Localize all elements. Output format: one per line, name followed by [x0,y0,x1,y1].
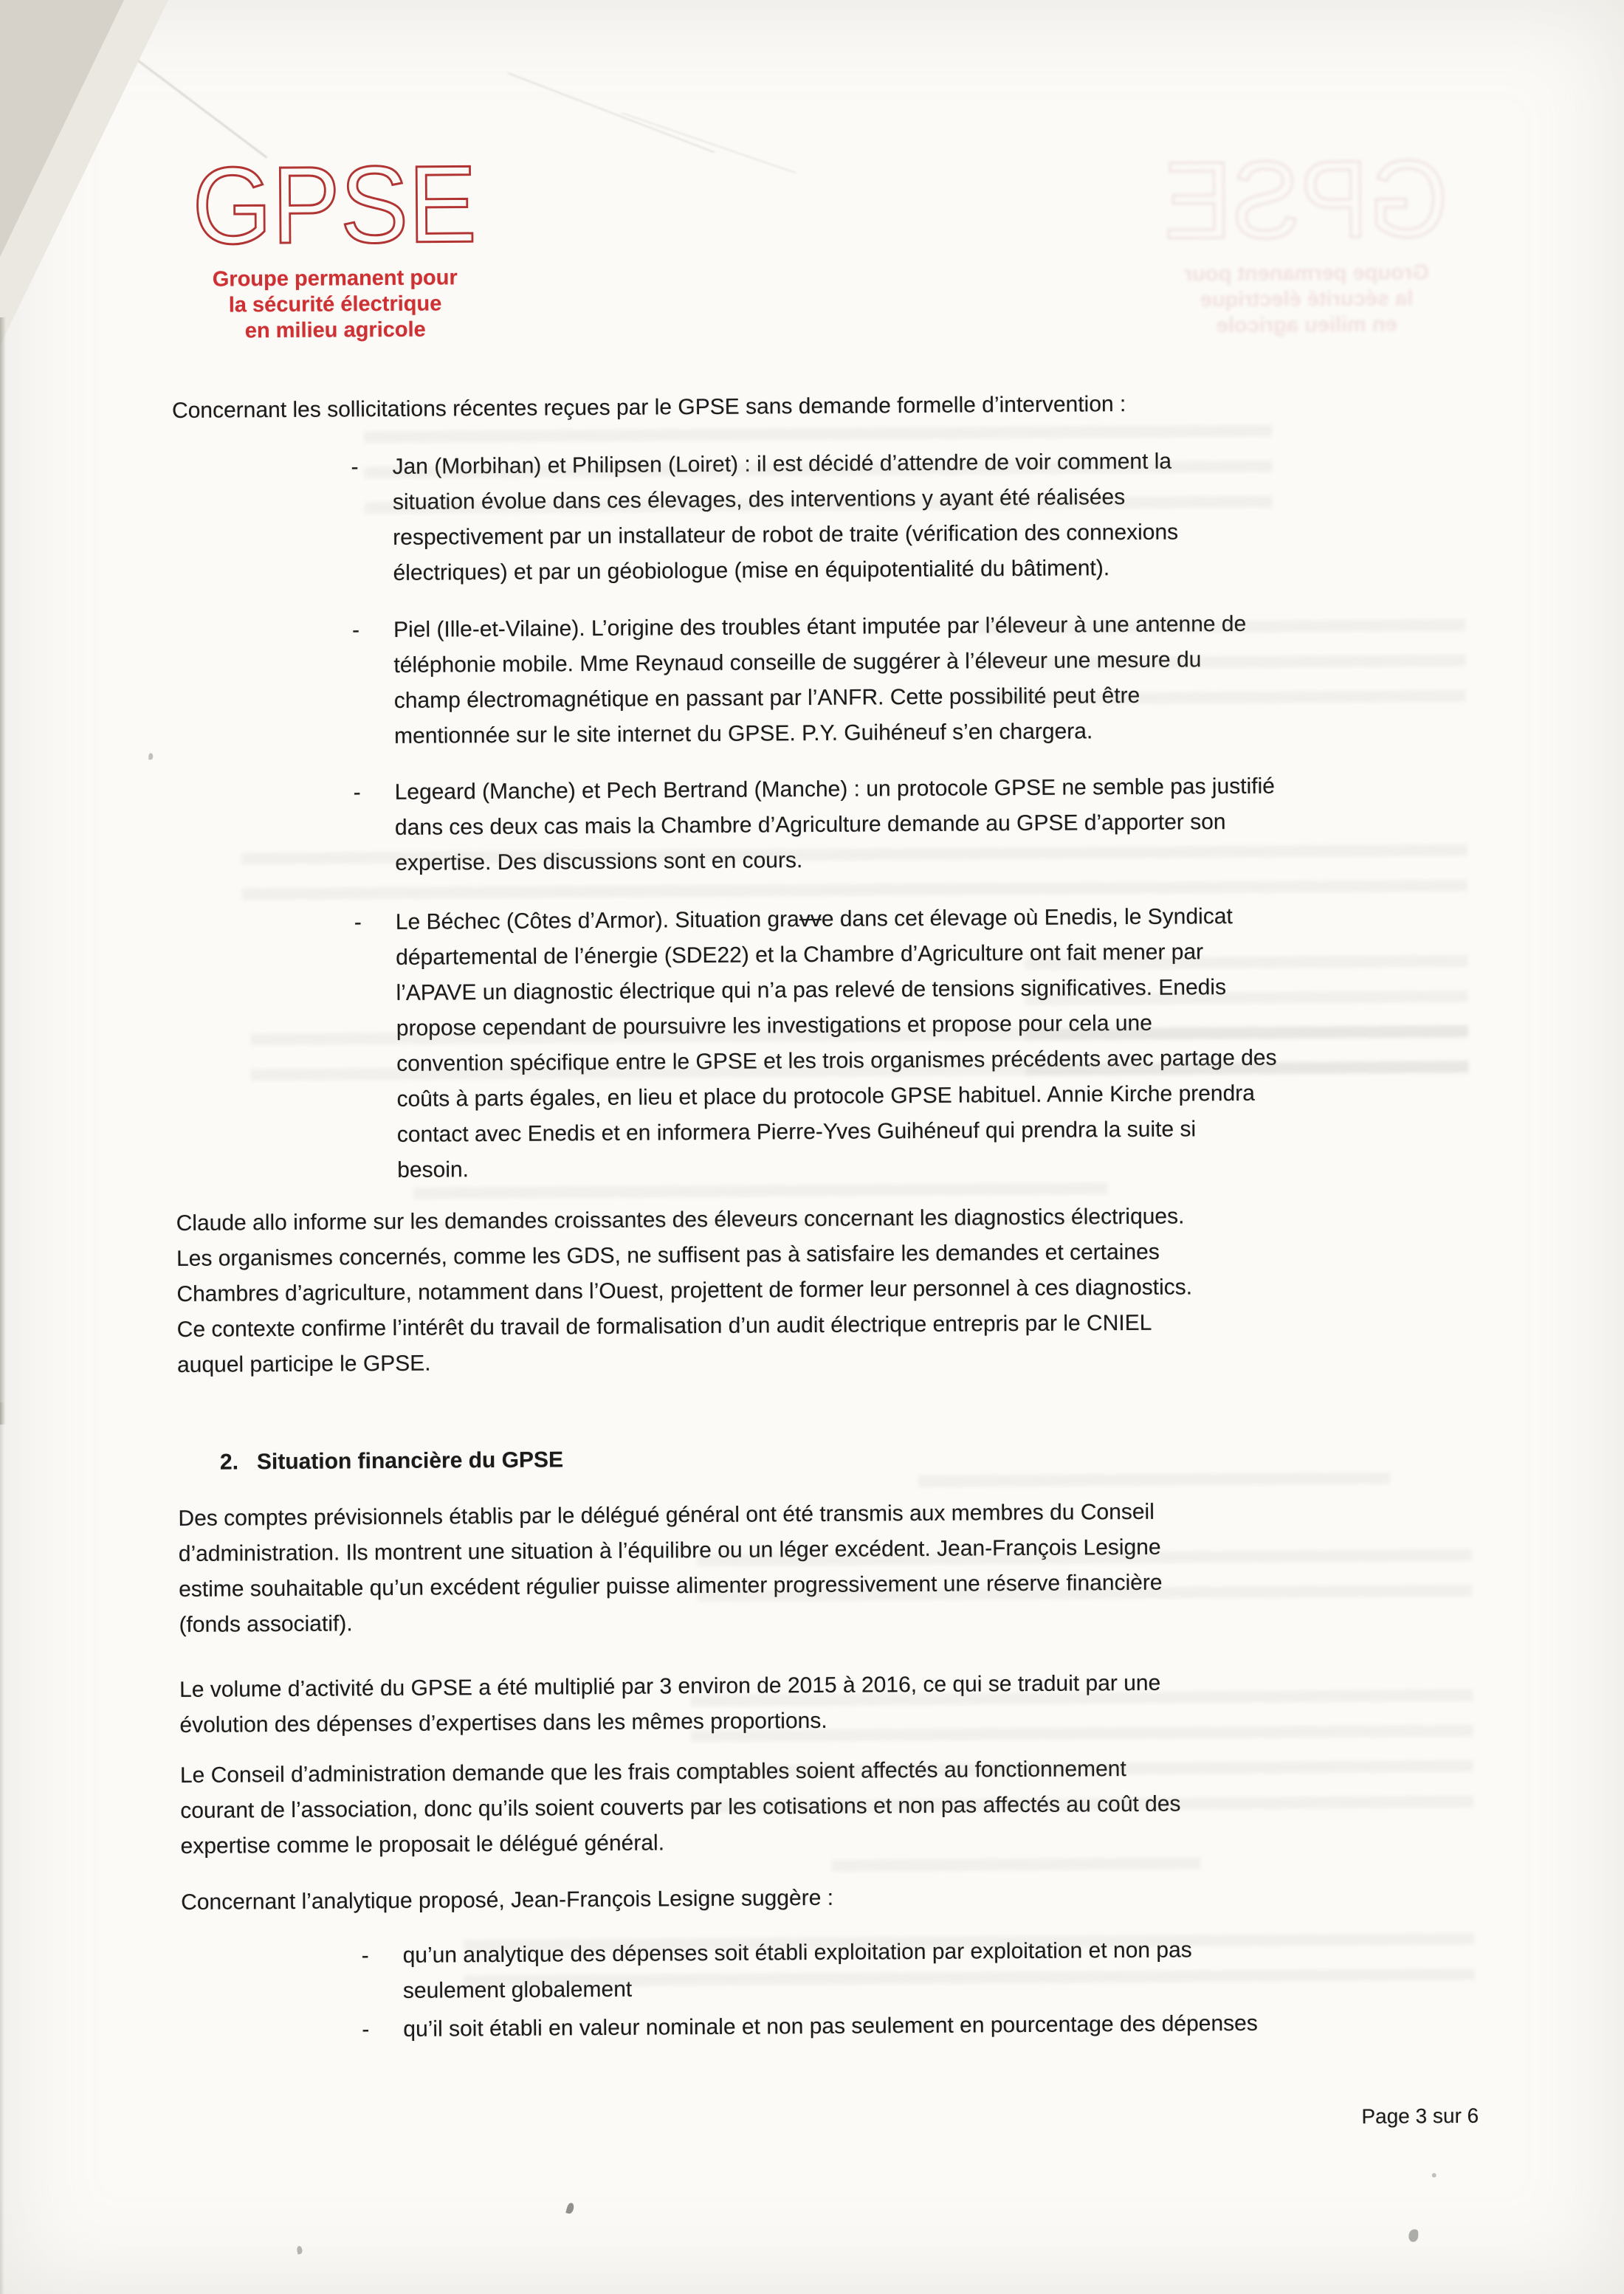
ghost-text-stripe [364,425,1273,520]
bullet-marker: - [361,1938,403,2009]
ghost-text-stripe [697,1549,1472,1606]
ghost-text-stripe [413,1182,1107,1228]
ink-speck [148,753,153,759]
intro-paragraph: Concernant les sollicitations récentes r… [172,385,1479,429]
bullet-marker: - [362,2012,403,2047]
section-number: 2. [220,1444,257,1480]
bullet-item: - qu’il soit établi en valeur nominale e… [362,2005,1491,2048]
logo-subtitle-line: Groupe permanent pour [173,265,498,293]
ghost-text-stripe [241,844,1468,912]
ink-speck [1408,2229,1418,2242]
ghost-logo: GPSE Groupe permanent pour la sécurité é… [1143,142,1470,340]
ghost-text-stripe [978,619,1466,726]
ghost-text-stripe [463,1933,1475,2011]
ink-speck [1432,2173,1437,2177]
ghost-text-stripe [832,1857,1201,1889]
left-edge-shadow [0,317,6,1425]
gpse-logo-ghost-acronym: GPSE [1143,142,1469,262]
logo-subtitle-line: la sécurité électrique [173,291,498,319]
svg-text:GPSE: GPSE [1163,142,1448,262]
ink-speck [565,2202,574,2214]
ghost-text-stripe [918,1472,1390,1509]
gpse-logo: GPSE Groupe permanent pour la sécurité é… [172,147,498,345]
strikethrough-text: vv [799,907,822,931]
bullet-text-before: Le Béchec (Côtes d’Armor). Situation gra [396,907,799,934]
gpse-logo-acronym-svg: GPSE [172,147,498,267]
bullet-marker: - [352,613,394,754]
section-title: Situation financière du GPSE [257,1442,563,1480]
logo-subtitle-line: en milieu agricole [173,317,498,345]
bullet-text: qu’il soit établi en valeur nominale et … [403,2005,1491,2047]
ghost-text-stripe [690,1689,1473,1835]
page-footer: Page 3 sur 6 [1361,2104,1479,2129]
ghost-text-stripe [250,1025,1469,1097]
scanned-document-page: GPSE Groupe permanent pour la sécurité é… [0,0,1624,2294]
ink-speck [296,2245,303,2254]
logo-acronym: GPSE [192,147,477,267]
paper-content: GPSE Groupe permanent pour la sécurité é… [0,0,1624,2294]
left-edge-shadow [0,1402,4,2294]
